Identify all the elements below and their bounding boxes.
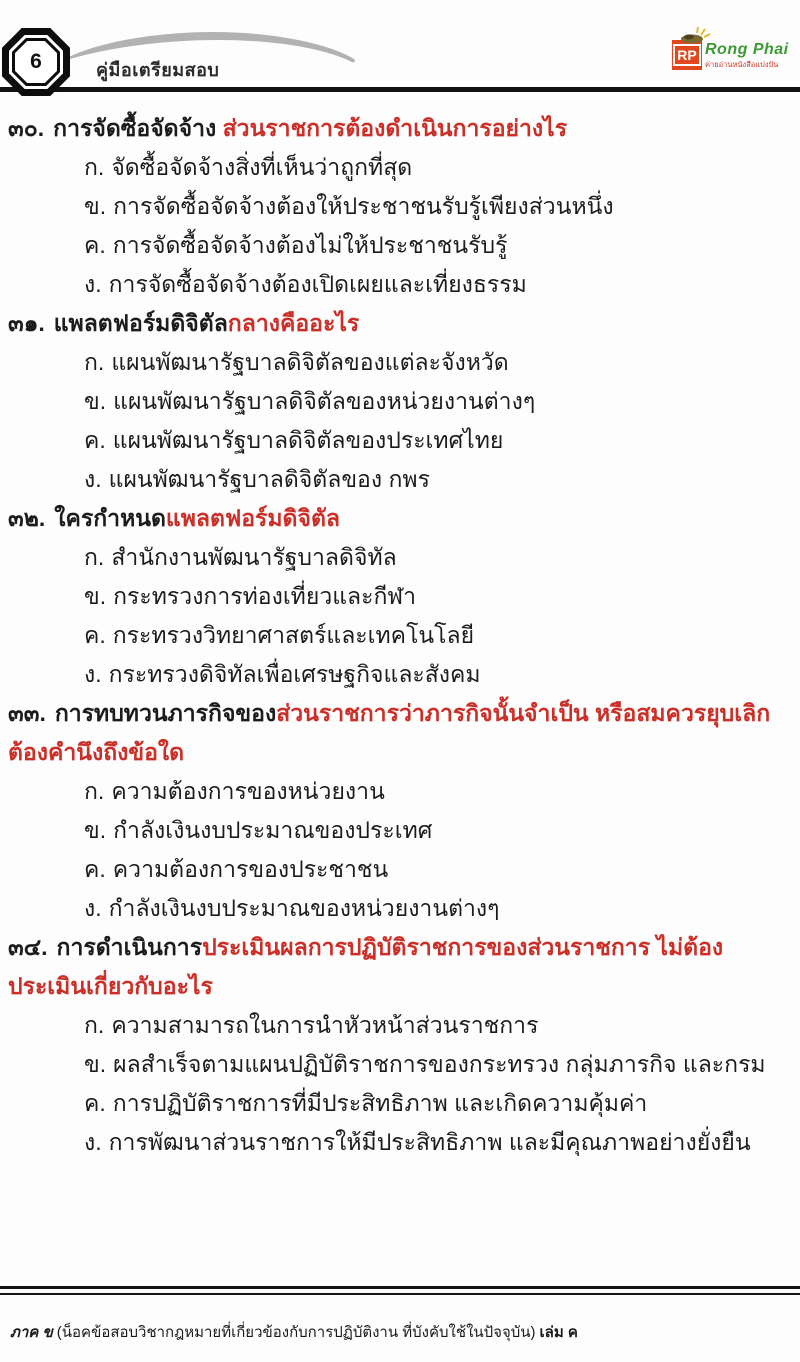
- question-block-31: ๓๑.แพลตฟอร์มดิจิตัลกลางคืออะไร ก.แผนพัฒน…: [8, 304, 784, 499]
- choice-label: ข.: [84, 193, 106, 219]
- choice-label: ข.: [84, 817, 106, 843]
- question-block-32: ๓๒.ใครกำหนดแพลตฟอร์มดิจิตัล ก.สำนักงานพั…: [8, 499, 784, 694]
- choice-label: ง.: [84, 661, 102, 687]
- choice-text: การปฏิบัติราชการที่มีประสิทธิภาพ และเกิด…: [113, 1090, 648, 1116]
- choice-text: ความต้องการของประชาชน: [113, 856, 388, 882]
- choice-text: ผลสำเร็จตามแผนปฏิบัติราชการของกระทรวง กล…: [113, 1051, 765, 1077]
- question-number: ๓๒.: [8, 505, 45, 531]
- choice-label: ค.: [84, 622, 106, 648]
- footer-rule: [0, 1286, 800, 1295]
- choices-list: ก.ความสามารถในการนำหัวหน้าส่วนราชการ ข.ผ…: [8, 1006, 784, 1162]
- choice-label: ง.: [84, 271, 102, 297]
- choice-text: การจัดซื้อจัดจ้างต้องไม่ให้ประชาชนรับรู้: [113, 232, 508, 258]
- choice-label: ก.: [84, 349, 104, 375]
- question-block-33: ๓๓.การทบทวนภารกิจของส่วนราชการว่าภารกิจน…: [8, 694, 784, 928]
- document-page: 6 คู่มือเตรียมสอบ RP Rong Phai ค่ายอ่านห…: [0, 0, 800, 1362]
- choice-text: จัดซื้อจัดจ้างสิ่งที่เห็นว่าถูกที่สุด: [111, 154, 412, 180]
- question-title: ๓๔.การดำเนินการประเมินผลการปฏิบัติราชการ…: [8, 928, 784, 1006]
- choice-label: ก.: [84, 154, 104, 180]
- page-number: 6: [15, 41, 57, 83]
- question-title: ๓๑.แพลตฟอร์มดิจิตัลกลางคืออะไร: [8, 304, 784, 343]
- footer-text: ภาค ข(น็อคข้อสอบวิชากฎหมายที่เกี่ยวข้องก…: [10, 1320, 578, 1344]
- choice-text: แผนพัฒนารัฐบาลดิจิตัลของแต่ละจังหวัด: [111, 349, 508, 375]
- choice: ง.กำลังเงินงบประมาณของหน่วยงานต่างๆ: [84, 889, 784, 928]
- choice-text: แผนพัฒนารัฐบาลดิจิตัลของหน่วยงานต่างๆ: [113, 388, 535, 414]
- choice: ค.กระทรวงวิทยาศาสตร์และเทคโนโลยี: [84, 616, 784, 655]
- choices-list: ก.จัดซื้อจัดจ้างสิ่งที่เห็นว่าถูกที่สุด …: [8, 148, 784, 304]
- choice-label: ก.: [84, 1012, 104, 1038]
- badge-inner-ring: 6: [12, 38, 60, 86]
- question-title-black: การทบทวนภารกิจของ: [55, 700, 276, 726]
- badge-outer-ring: 6: [2, 28, 70, 96]
- question-number: ๓๓.: [8, 700, 46, 726]
- logo-doodle-icon: [676, 26, 714, 44]
- question-title-black: การจัดซื้อจัดจ้าง: [53, 115, 222, 141]
- question-title: ๓๓.การทบทวนภารกิจของส่วนราชการว่าภารกิจน…: [8, 694, 784, 772]
- choice-text: กระทรวงวิทยาศาสตร์และเทคโนโลยี: [113, 622, 474, 648]
- choice-label: ง.: [84, 1129, 102, 1155]
- questions-area: ๓๐.การจัดซื้อจัดจ้าง ส่วนราชการต้องดำเนิ…: [8, 109, 784, 1162]
- choice: ง.การจัดซื้อจัดจ้างต้องเปิดเผยและเที่ยงธ…: [84, 265, 784, 304]
- choice: ค.ความต้องการของประชาชน: [84, 850, 784, 889]
- choice: ก.แผนพัฒนารัฐบาลดิจิตัลของแต่ละจังหวัด: [84, 343, 784, 382]
- question-title-black: ใครกำหนด: [54, 505, 166, 531]
- header-title: คู่มือเตรียมสอบ: [96, 55, 219, 84]
- choice-text: กระทรวงการท่องเที่ยวและกีฬา: [113, 583, 416, 609]
- choice-label: ข.: [84, 1051, 106, 1077]
- choice: ค.แผนพัฒนารัฐบาลดิจิตัลของประเทศไทย: [84, 421, 784, 460]
- footer-volume: เล่ม ค: [540, 1324, 578, 1341]
- footer-part: ภาค ข: [10, 1324, 53, 1341]
- choice-text: สำนักงานพัฒนารัฐบาลดิจิทัล: [111, 544, 396, 570]
- question-title: ๓๐.การจัดซื้อจัดจ้าง ส่วนราชการต้องดำเนิ…: [8, 109, 784, 148]
- choice: ข.กระทรวงการท่องเที่ยวและกีฬา: [84, 577, 784, 616]
- choice-label: ก.: [84, 544, 104, 570]
- choice: ข.แผนพัฒนารัฐบาลดิจิตัลของหน่วยงานต่างๆ: [84, 382, 784, 421]
- choices-list: ก.ความต้องการของหน่วยงาน ข.กำลังเงินงบปร…: [8, 772, 784, 928]
- page-number-badge: 6: [2, 28, 70, 96]
- choice: ง.กระทรวงดิจิทัลเพื่อเศรษฐกิจและสังคม: [84, 655, 784, 694]
- choice: ก.สำนักงานพัฒนารัฐบาลดิจิทัล: [84, 538, 784, 577]
- logo-name: Rong Phai: [705, 40, 789, 60]
- question-block-30: ๓๐.การจัดซื้อจัดจ้าง ส่วนราชการต้องดำเนิ…: [8, 109, 784, 304]
- question-title-red: แพลตฟอร์มดิจิตัล: [166, 505, 340, 531]
- choice-text: กำลังเงินงบประมาณของประเทศ: [113, 817, 432, 843]
- choice: ค.การจัดซื้อจัดจ้างต้องไม่ให้ประชาชนรับร…: [84, 226, 784, 265]
- choices-list: ก.สำนักงานพัฒนารัฐบาลดิจิทัล ข.กระทรวงกา…: [8, 538, 784, 694]
- question-title-red: กลางคืออะไร: [228, 310, 359, 336]
- choice-label: ค.: [84, 427, 106, 453]
- question-number: ๓๔.: [8, 934, 48, 960]
- logo-mark: RP: [672, 40, 702, 70]
- choice-text: ความสามารถในการนำหัวหน้าส่วนราชการ: [111, 1012, 538, 1038]
- choice: ค.การปฏิบัติราชการที่มีประสิทธิภาพ และเก…: [84, 1084, 784, 1123]
- footer-body: (น็อคข้อสอบวิชากฎหมายที่เกี่ยวข้องกับการ…: [57, 1324, 536, 1341]
- choice: ข.ผลสำเร็จตามแผนปฏิบัติราชการของกระทรวง …: [84, 1045, 784, 1084]
- choice-label: ข.: [84, 583, 106, 609]
- choice: ก.ความสามารถในการนำหัวหน้าส่วนราชการ: [84, 1006, 784, 1045]
- choice-text: การพัฒนาส่วนราชการให้มีประสิทธิภาพ และมี…: [109, 1129, 751, 1155]
- choice-label: ก.: [84, 778, 104, 804]
- choice-text: การจัดซื้อจัดจ้างต้องเปิดเผยและเที่ยงธรร…: [109, 271, 527, 297]
- choice-text: กำลังเงินงบประมาณของหน่วยงานต่างๆ: [109, 895, 500, 921]
- choice-label: ง.: [84, 895, 102, 921]
- badge-white-ring: 6: [9, 35, 63, 89]
- choice: ข.การจัดซื้อจัดจ้างต้องให้ประชาชนรับรู้เ…: [84, 187, 784, 226]
- header-rule: [0, 87, 800, 92]
- choice-text: แผนพัฒนารัฐบาลดิจิตัลของประเทศไทย: [113, 427, 504, 453]
- choice-label: ค.: [84, 856, 106, 882]
- rongphai-logo: RP Rong Phai ค่ายอ่านหนังสือแบ่งปัน: [672, 40, 789, 70]
- question-title: ๓๒.ใครกำหนดแพลตฟอร์มดิจิตัล: [8, 499, 784, 538]
- choice-label: ข.: [84, 388, 106, 414]
- choice-text: แผนพัฒนารัฐบาลดิจิตัลของ กพร: [109, 466, 430, 492]
- question-title-red: ส่วนราชการต้องดำเนินการอย่างไร: [223, 115, 567, 141]
- logo-abbr: RP: [673, 44, 700, 66]
- choice-text: ความต้องการของหน่วยงาน: [111, 778, 384, 804]
- question-block-34: ๓๔.การดำเนินการประเมินผลการปฏิบัติราชการ…: [8, 928, 784, 1162]
- choice-text: การจัดซื้อจัดจ้างต้องให้ประชาชนรับรู้เพี…: [113, 193, 613, 219]
- question-number: ๓๑.: [8, 310, 45, 336]
- choice-label: ง.: [84, 466, 102, 492]
- choices-list: ก.แผนพัฒนารัฐบาลดิจิตัลของแต่ละจังหวัด ข…: [8, 343, 784, 499]
- logo-tagline: ค่ายอ่านหนังสือแบ่งปัน: [705, 60, 789, 69]
- choice-label: ค.: [84, 232, 106, 258]
- choice: ข.กำลังเงินงบประมาณของประเทศ: [84, 811, 784, 850]
- choice-text: กระทรวงดิจิทัลเพื่อเศรษฐกิจและสังคม: [109, 661, 481, 687]
- question-number: ๓๐.: [8, 115, 44, 141]
- question-title-black: แพลตฟอร์มดิจิตัล: [54, 310, 228, 336]
- question-title-black: การดำเนินการ: [57, 934, 203, 960]
- choice: ก.ความต้องการของหน่วยงาน: [84, 772, 784, 811]
- choice: ง.แผนพัฒนารัฐบาลดิจิตัลของ กพร: [84, 460, 784, 499]
- choice: ง.การพัฒนาส่วนราชการให้มีประสิทธิภาพ และ…: [84, 1123, 784, 1162]
- choice: ก.จัดซื้อจัดจ้างสิ่งที่เห็นว่าถูกที่สุด: [84, 148, 784, 187]
- choice-label: ค.: [84, 1090, 106, 1116]
